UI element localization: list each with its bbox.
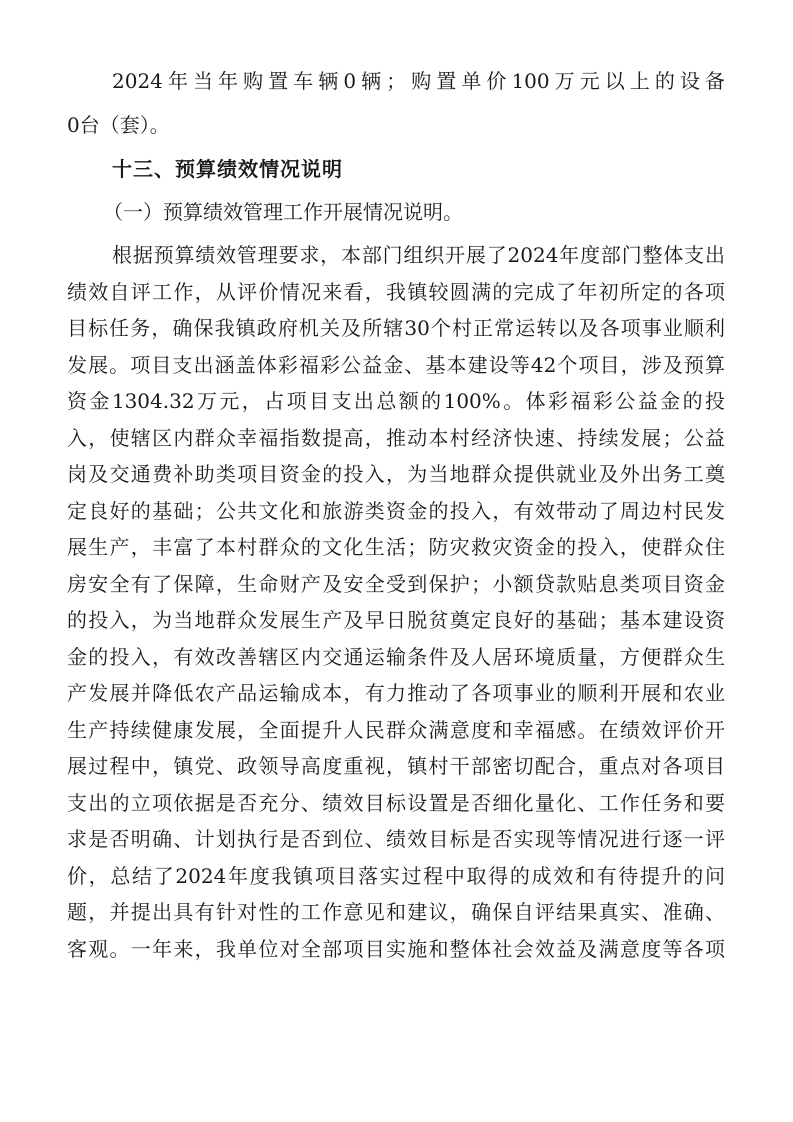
paragraph-line: 展过程中，镇党、政领导高度重视，镇村干部密切配合，重点对各项目 [67, 751, 725, 781]
paragraph-line: 资金1304.32万元，占项目支出总额的100%。体彩福彩公益金的投 [67, 386, 725, 416]
paragraph-line: 金的投入，有效改善辖区内交通运输条件及人居环境质量，方便群众生 [67, 642, 725, 672]
paragraph-line: 绩效自评工作，从评价情况来看，我镇较圆满的完成了年初所定的各项 [67, 277, 725, 307]
subsection-heading: （一）预算绩效管理工作开展情况说明。 [103, 197, 663, 227]
paragraph-line: 目标任务，确保我镇政府机关及所辖30个村正常运转以及各项事业顺利 [67, 313, 725, 343]
paragraph-line: 展生产，丰富了本村群众的文化生活；防灾救灾资金的投入，使群众住 [67, 532, 725, 562]
paragraph-line: 定良好的基础；公共文化和旅游类资金的投入，有效带动了周边村民发 [67, 496, 725, 526]
paragraph-line: 产发展并降低农产品运输成本，有力推动了各项事业的顺利开展和农业 [67, 678, 725, 708]
paragraph-line: 求是否明确、计划执行是否到位、绩效目标是否实现等情况进行逐一评 [67, 824, 725, 854]
document-page: 2024年当年购置车辆0辆；购置单价100万元以上的设备 0台（套）。 十三、预… [0, 0, 793, 1122]
intro-line-2: 0台（套）。 [67, 110, 725, 140]
paragraph-line: 房安全有了保障，生命财产及安全受到保护；小额贷款贴息类项目资金 [67, 569, 725, 599]
paragraph-line: 价，总结了2024年度我镇项目落实过程中取得的成效和有待提升的问 [67, 861, 725, 891]
section-heading: 十三、预算绩效情况说明 [112, 154, 725, 184]
paragraph-line: 生产持续健康发展，全面提升人民群众满意度和幸福感。在绩效评价开 [67, 715, 725, 745]
paragraph-line: 题，并提出具有针对性的工作意见和建议，确保自评结果真实、准确、 [67, 897, 725, 927]
paragraph-line: 支出的立项依据是否充分、绩效目标设置是否细化量化、工作任务和要 [67, 788, 725, 818]
paragraph-line: 岗及交通费补助类项目资金的投入，为当地群众提供就业及外出务工奠 [67, 459, 725, 489]
paragraph-line: 根据预算绩效管理要求，本部门组织开展了2024年度部门整体支出 [112, 240, 725, 270]
paragraph-line: 入，使辖区内群众幸福指数提高，推动本村经济快速、持续发展；公益 [67, 423, 725, 453]
paragraph-line: 的投入，为当地群众发展生产及早日脱贫奠定良好的基础；基本建设资 [67, 605, 725, 635]
intro-line-1: 2024年当年购置车辆0辆；购置单价100万元以上的设备 [112, 66, 725, 96]
paragraph-line: 客观。一年来，我单位对全部项目实施和整体社会效益及满意度等各项 [67, 934, 725, 964]
paragraph-line: 发展。项目支出涵盖体彩福彩公益金、基本建设等42个项目，涉及预算 [67, 350, 725, 380]
